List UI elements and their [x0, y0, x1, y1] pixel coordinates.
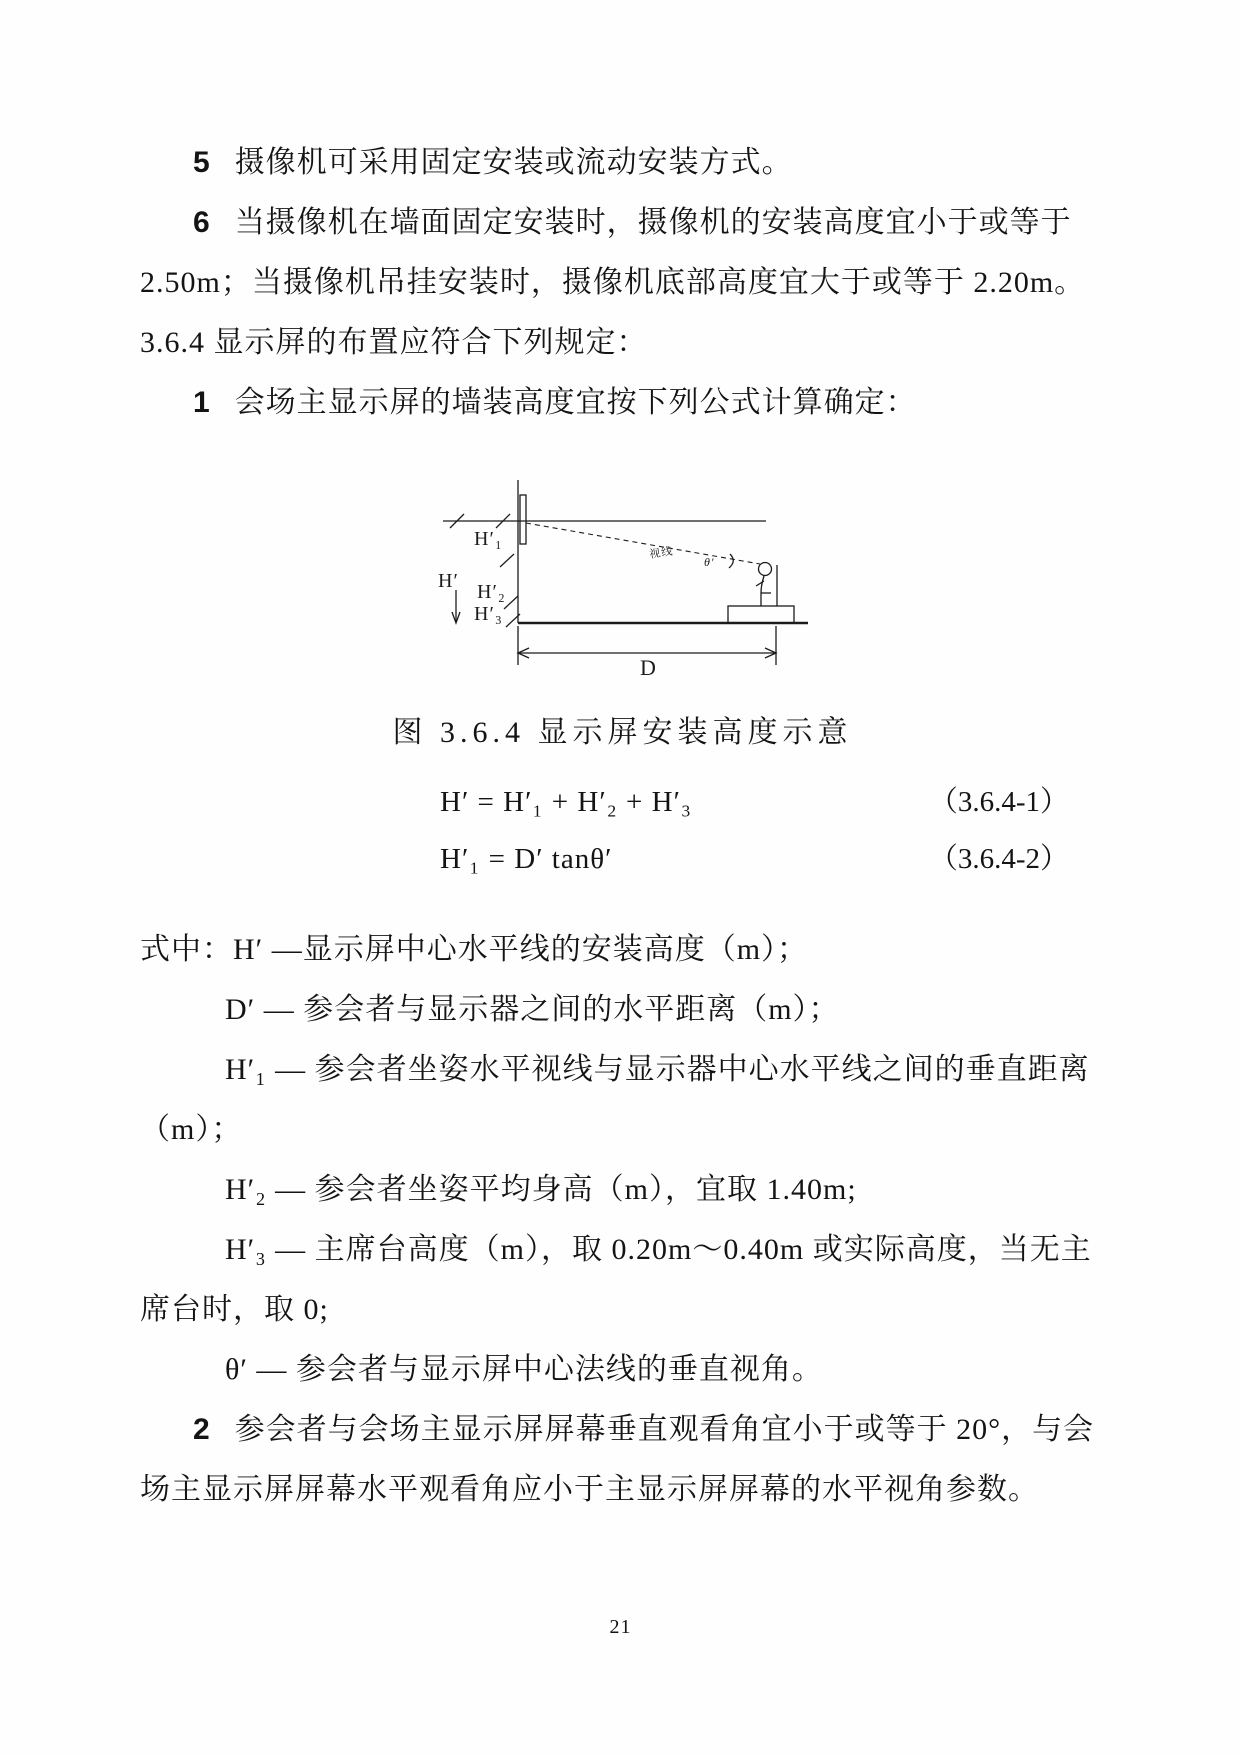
paragraph-text: 席台时，取 0;	[140, 1293, 329, 1326]
definition-h3-continuation: 席台时，取 0;	[140, 1280, 1105, 1340]
clause-item-1: 1会场主显示屏的墙装高度宜按下列公式计算确定：	[140, 373, 1105, 433]
h-total-label: H′	[438, 570, 459, 592]
formula-expression: H′ = H′₁ + H′₂ + H′₃	[440, 774, 692, 831]
level-tick-eye	[500, 554, 514, 567]
paragraph-text: H′₂ — 参会者坐姿平均身高（m），宜取 1.40m;	[225, 1173, 857, 1206]
display-screen	[520, 495, 526, 544]
symbol-definitions: 式中：H′ —显示屏中心水平线的安装高度（m）； D′ — 参会者与显示器之间的…	[140, 920, 1105, 1520]
clause-item-6: 6当摄像机在墙面固定安装时，摄像机的安装高度宜小于或等于	[140, 193, 1105, 253]
paragraph-text: （m）；	[140, 1113, 242, 1146]
definition-h1: H′₁ — 参会者坐姿水平视线与显示器中心水平线之间的垂直距离	[140, 1040, 1105, 1100]
dimension-d: D	[518, 626, 776, 680]
clause-item-6-continuation: 2.50m；当摄像机吊挂安装时，摄像机底部高度宜大于或等于 2.20m。	[140, 253, 1105, 313]
display-height-diagram: 视线 θ′ H′ H′₁ H′₂ H′₃	[428, 435, 828, 680]
formula-block: H′ = H′₁ + H′₂ + H′₃ （3.6.4-1） H′₁ = D′ …	[140, 774, 1105, 888]
h2-label: H′₂	[477, 581, 506, 603]
formula-number: （3.6.4-2）	[929, 831, 1069, 888]
definition-h: 式中：H′ —显示屏中心水平线的安装高度（m）；	[140, 920, 1105, 980]
formula-number: （3.6.4-1）	[929, 774, 1069, 831]
paragraph-text: D′ — 参会者与显示器之间的水平距离（m）；	[225, 993, 840, 1026]
document-content: 5摄像机可采用固定安装或流动安装方式。 6当摄像机在墙面固定安装时，摄像机的安装…	[0, 0, 1241, 1520]
formula-3-6-4-2: H′₁ = D′ tanθ′ （3.6.4-2）	[140, 831, 1105, 888]
formula-expression: H′₁ = D′ tanθ′	[440, 831, 612, 888]
formula-3-6-4-1: H′ = H′₁ + H′₂ + H′₃ （3.6.4-1）	[140, 774, 1105, 831]
definition-theta: θ′ — 参会者与显示屏中心法线的垂直视角。	[140, 1340, 1105, 1400]
angle-arc	[729, 554, 733, 568]
figure-3-6-4: 视线 θ′ H′ H′₁ H′₂ H′₃	[140, 435, 1105, 680]
viewer-body	[761, 576, 764, 606]
item-number: 5	[193, 146, 210, 179]
level-tick-platform	[504, 596, 518, 609]
item-number: 6	[193, 206, 210, 239]
definition-h3: H′₃ — 主席台高度（m），取 0.20m～0.40m 或实际高度，当无主	[140, 1220, 1105, 1280]
clause-item-2: 2参会者与会场主显示屏屏幕垂直观看角宜小于或等于 20°，与会	[140, 1400, 1105, 1460]
paragraph-text: H′₃ — 主席台高度（m），取 0.20m～0.40m 或实际高度，当无主	[225, 1233, 1092, 1266]
h3-label: H′₃	[474, 603, 503, 625]
rostrum-platform	[728, 606, 794, 623]
clause-item-2-continuation: 场主显示屏屏幕水平观看角应小于主显示屏屏幕的水平视角参数。	[140, 1460, 1105, 1520]
paragraph-text: 摄像机可采用固定安装或流动安装方式。	[235, 146, 793, 179]
document-page: 5摄像机可采用固定安装或流动安装方式。 6当摄像机在墙面固定安装时，摄像机的安装…	[0, 0, 1241, 1754]
clause-item-5: 5摄像机可采用固定安装或流动安装方式。	[140, 133, 1105, 193]
page-number: 21	[0, 1616, 1241, 1639]
sight-line-label: 视线	[648, 543, 674, 561]
definition-h2: H′₂ — 参会者坐姿平均身高（m），宜取 1.40m;	[140, 1160, 1105, 1220]
paragraph-text: θ′ — 参会者与显示屏中心法线的垂直视角。	[225, 1353, 823, 1386]
paragraph-text: H′₁ — 参会者坐姿水平视线与显示器中心水平线之间的垂直距离	[225, 1053, 1090, 1086]
paragraph-text: 参会者与会场主显示屏屏幕垂直观看角宜小于或等于 20°，与会	[235, 1413, 1095, 1446]
figure-caption: 图 3.6.4 显示屏安装高度示意	[140, 710, 1105, 756]
viewer-head	[759, 563, 772, 576]
viewer-arm	[756, 581, 764, 586]
d-label: D	[640, 655, 657, 680]
h1-label: H′₁	[474, 528, 503, 550]
paragraph-text: 当摄像机在墙面固定安装时，摄像机的安装高度宜小于或等于	[235, 206, 1072, 239]
sight-line	[526, 523, 760, 564]
paragraph-text: 场主显示屏屏幕水平观看角应小于主显示屏屏幕的水平视角参数。	[140, 1473, 1039, 1506]
paragraph-text: 2.50m；当摄像机吊挂安装时，摄像机底部高度宜大于或等于 2.20m。	[140, 266, 1085, 299]
paragraph-text: 会场主显示屏的墙装高度宜按下列公式计算确定：	[235, 386, 917, 419]
viewer-figure	[756, 563, 777, 607]
paragraph-text: 3.6.4 显示屏的布置应符合下列规定：	[140, 326, 648, 359]
item-number: 2	[193, 1413, 210, 1446]
definition-d: D′ — 参会者与显示器之间的水平距离（m）；	[140, 980, 1105, 1040]
paragraph-text: 式中：H′ —显示屏中心水平线的安装高度（m）；	[140, 933, 808, 966]
theta-angle-label: θ′	[704, 555, 715, 569]
definition-h1-continuation: （m）；	[140, 1100, 1105, 1160]
section-3-6-4-heading: 3.6.4 显示屏的布置应符合下列规定：	[140, 313, 1105, 373]
item-number: 1	[193, 386, 210, 419]
